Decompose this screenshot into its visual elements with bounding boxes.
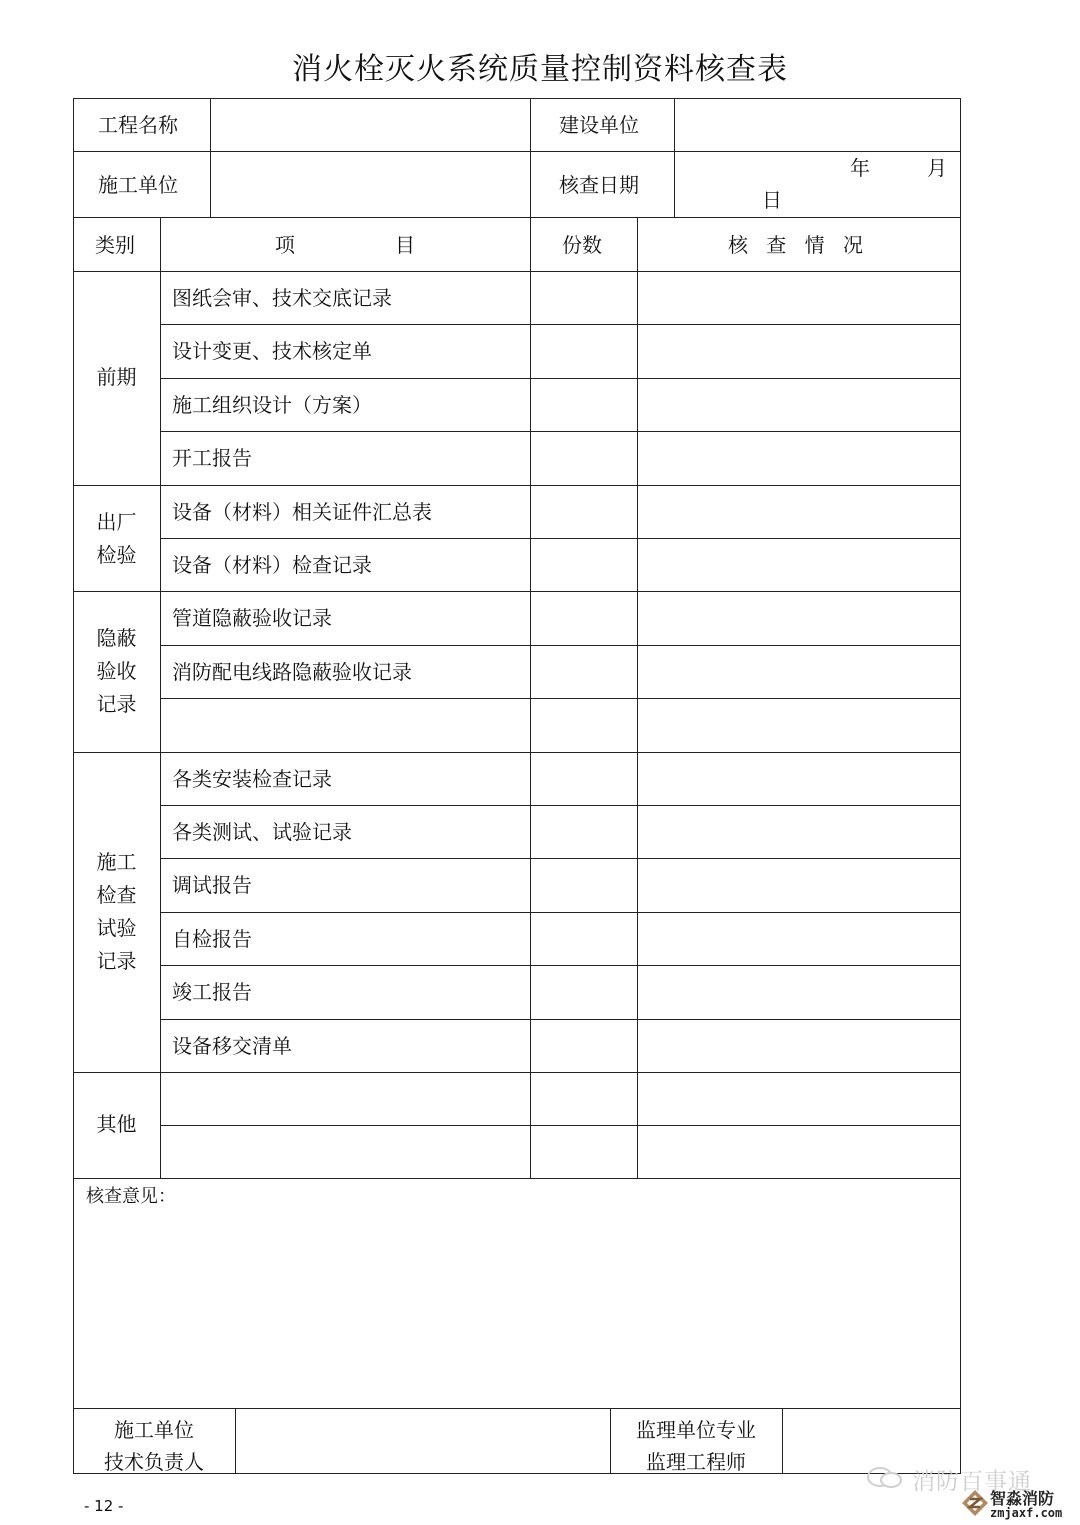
contractor-signature-field[interactable] [237,1410,609,1472]
date-day-label: 日 [762,190,782,210]
table-row-item: 竣工报告 [172,982,252,1002]
divider [674,98,675,217]
brand-url: zmjaxf.com [990,1506,1062,1520]
opinion-label: 核查意见： [86,1188,176,1206]
contractor-signature-label: 施工单位 技术负责人 [73,1414,235,1478]
brand-logo-icon [960,1488,990,1518]
table-row-item: 设备（材料）检查记录 [172,555,372,575]
column-header-category: 类别 [95,235,135,255]
date-year-label: 年 [850,158,870,178]
page-number: - 12 - [84,1497,123,1515]
category-other: 其他 [73,1108,160,1141]
divider [73,217,961,218]
table-row-item: 调试报告 [172,875,252,895]
table-row-item: 各类安装检查记录 [172,769,332,789]
table-row-item: 开工报告 [172,448,252,468]
group-divider [73,1178,961,1179]
check-date-field[interactable] [676,153,959,216]
category-factory-inspection: 出厂 检验 [73,506,160,572]
divider [530,98,531,1178]
divider [782,1408,783,1473]
column-header-item: 项 目 [160,235,530,255]
table-row-item: 消防配电线路隐蔽验收记录 [172,662,412,682]
table-row-item: 设备移交清单 [172,1036,292,1056]
contractor-field[interactable] [212,153,529,216]
category-concealed-acceptance: 隐蔽 验收 记录 [73,622,160,721]
category-preliminary: 前期 [73,361,160,394]
table-row-item: 设计变更、技术核定单 [172,341,372,361]
category-construction-test: 施工 检查 试验 记录 [73,846,160,978]
wechat-icon [866,1466,904,1490]
owner-label: 建设单位 [559,115,639,135]
divider [73,271,961,272]
project-name-label: 工程名称 [98,115,178,135]
check-date-label: 核查日期 [559,175,639,195]
contractor-label: 施工单位 [98,175,178,195]
date-month-label: 月 [927,158,947,178]
table-row-item: 自检报告 [172,929,252,949]
divider [210,98,211,217]
supervisor-signature-label: 监理单位专业 监理工程师 [610,1414,782,1478]
column-header-status: 核 查 情 况 [637,235,960,255]
table-row-item: 各类测试、试验记录 [172,822,352,842]
table-row-item: 施工组织设计（方案） [172,395,372,415]
table-row-item: 设备（材料）相关证件汇总表 [172,502,432,522]
divider [73,151,961,152]
owner-field[interactable] [676,100,959,150]
opinion-field[interactable] [75,1215,959,1405]
project-name-field[interactable] [212,100,529,150]
divider [235,1408,236,1473]
copies-column-cells[interactable] [532,273,636,1177]
table-row-item: 管道隐蔽验收记录 [172,608,332,628]
column-header-copies: 份数 [562,235,602,255]
status-column-cells[interactable] [639,273,959,1177]
table-row-item: 图纸会审、技术交底记录 [172,288,392,308]
divider [73,1408,961,1409]
page-title: 消火栓灭火系统质量控制资料核查表 [0,44,1080,88]
